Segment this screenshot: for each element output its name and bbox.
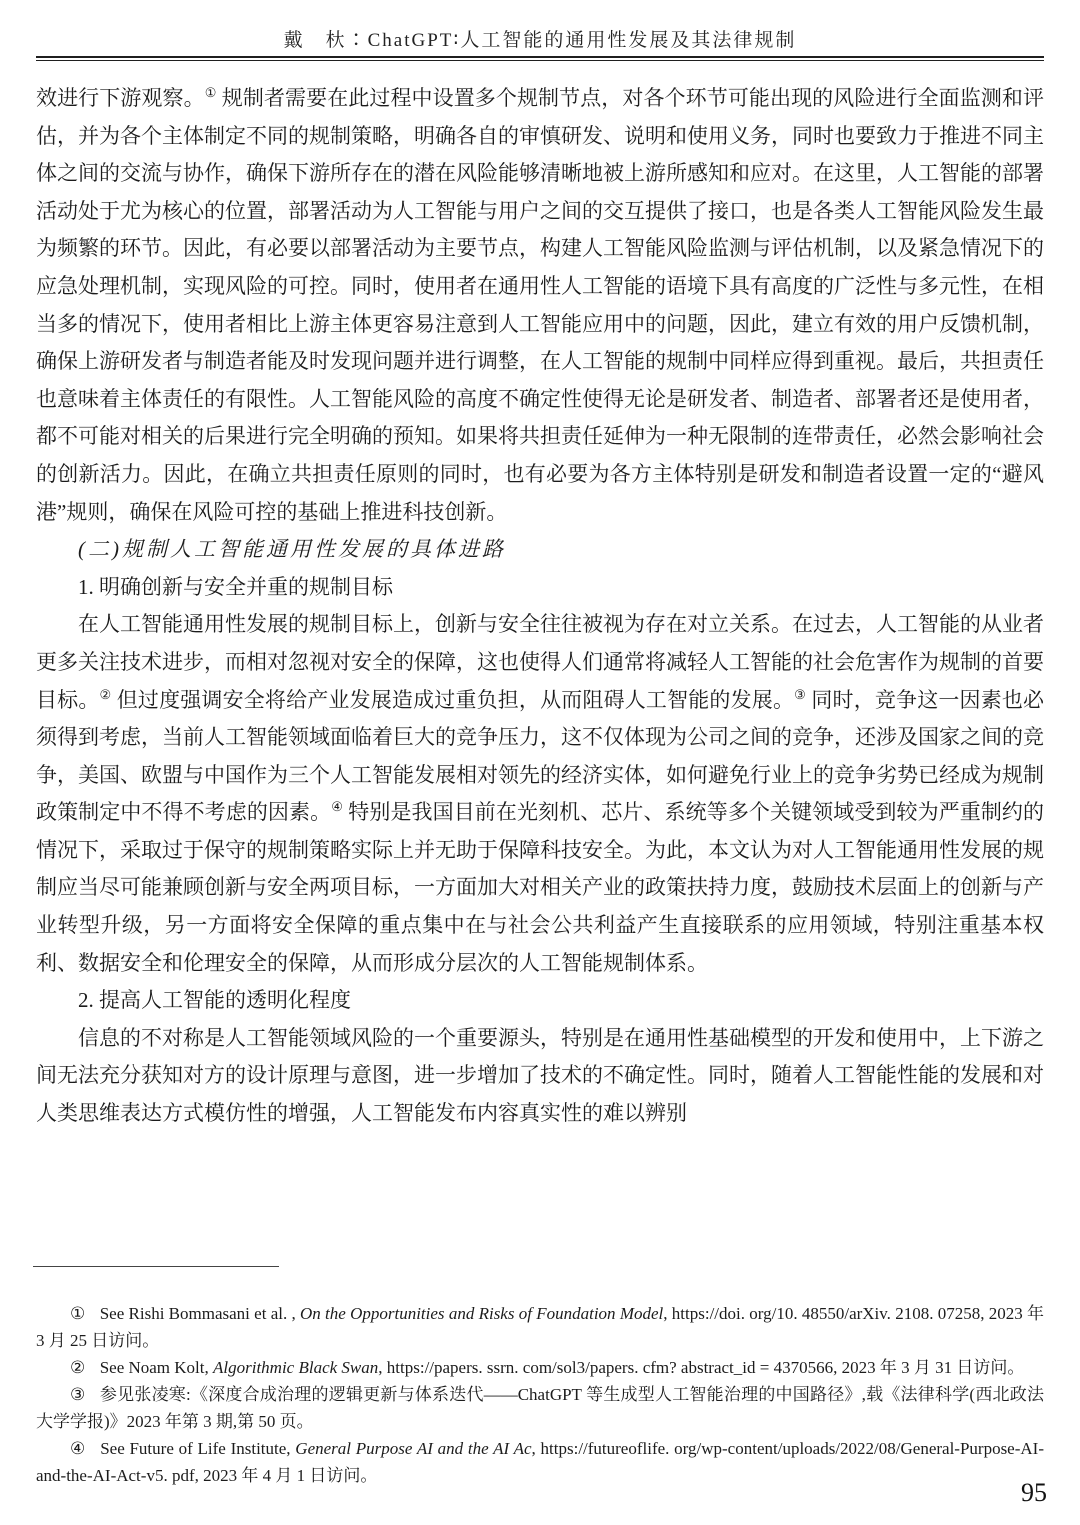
article-body: 效进行下游观察。① 规制者需要在此过程中设置多个规制节点，对各个环节可能出现的风… bbox=[36, 80, 1044, 1133]
running-header: 戴 杕∶ChatGPT∶人工智能的通用性发展及其法律规制 bbox=[36, 25, 1044, 52]
footnote-title-italic: On the Opportunities and Risks of Founda… bbox=[300, 1304, 663, 1323]
page-number: 95 bbox=[1021, 1478, 1047, 1508]
footnotes-block: ①See Rishi Bommasani et al. , On the Opp… bbox=[36, 1300, 1044, 1489]
body-paragraph: 信息的不对称是人工智能领域风险的一个重要源头，特别是在通用性基础模型的开发和使用… bbox=[36, 1020, 1044, 1133]
footnote-4: ④See Future of Life Institute, General P… bbox=[36, 1435, 1044, 1489]
footnote-number: ② bbox=[70, 1358, 85, 1377]
footnote-ref-1: ① bbox=[205, 85, 217, 100]
footnote-number: ① bbox=[70, 1304, 85, 1323]
footnote-text: See Future of Life Institute, bbox=[100, 1439, 295, 1458]
header-rule bbox=[36, 56, 1044, 61]
body-paragraph-continuation: 效进行下游观察。① 规制者需要在此过程中设置多个规制节点，对各个环节可能出现的风… bbox=[36, 80, 1044, 531]
footnote-3: ③参见张凌寒:《深度合成治理的逻辑更新与体系迭代——ChatGPT 等生成型人工… bbox=[36, 1381, 1044, 1435]
footnote-number: ③ bbox=[70, 1385, 85, 1404]
paragraph-text: 效进行下游观察。 bbox=[36, 86, 205, 110]
footnote-text: See Rishi Bommasani et al. , bbox=[100, 1304, 300, 1323]
document-page: 戴 杕∶ChatGPT∶人工智能的通用性发展及其法律规制 效进行下游观察。① 规… bbox=[0, 0, 1080, 1525]
subsection-heading-2: 2. 提高人工智能的透明化程度 bbox=[36, 982, 1044, 1020]
footnote-ref-3: ③ bbox=[794, 687, 806, 702]
body-paragraph: 在人工智能通用性发展的规制目标上，创新与安全往往被视为存在对立关系。在过去，人工… bbox=[36, 606, 1044, 982]
footnote-title-italic: Algorithmic Black Swan bbox=[213, 1358, 378, 1377]
footnote-separator bbox=[33, 1266, 279, 1267]
footnote-1: ①See Rishi Bommasani et al. , On the Opp… bbox=[36, 1300, 1044, 1354]
footnote-text: , https://papers. ssrn. com/sol3/papers.… bbox=[378, 1358, 1024, 1377]
footnote-title-italic: General Purpose AI and the AI Ac bbox=[295, 1439, 531, 1458]
footnote-text: 参见张凌寒:《深度合成治理的逻辑更新与体系迭代——ChatGPT 等生成型人工智… bbox=[36, 1385, 1044, 1431]
footnote-ref-4: ④ bbox=[331, 799, 343, 814]
section-heading: (二)规制人工智能通用性发展的具体进路 bbox=[36, 531, 1044, 569]
footnote-ref-2: ② bbox=[100, 687, 112, 702]
paragraph-text: 特别是我国目前在光刻机、芯片、系统等多个关键领域受到较为严重制约的情况下，采取过… bbox=[36, 800, 1044, 974]
subsection-heading-1: 1. 明确创新与安全并重的规制目标 bbox=[36, 569, 1044, 607]
footnote-text: See Noam Kolt, bbox=[100, 1358, 213, 1377]
paragraph-text: 但过度强调安全将给产业发展造成过重负担，从而阻碍人工智能的发展。 bbox=[111, 688, 794, 712]
footnote-number: ④ bbox=[70, 1439, 86, 1458]
footnote-2: ②See Noam Kolt, Algorithmic Black Swan, … bbox=[36, 1354, 1044, 1381]
paragraph-text: 规制者需要在此过程中设置多个规制节点，对各个环节可能出现的风险进行全面监测和评估… bbox=[36, 86, 1044, 524]
